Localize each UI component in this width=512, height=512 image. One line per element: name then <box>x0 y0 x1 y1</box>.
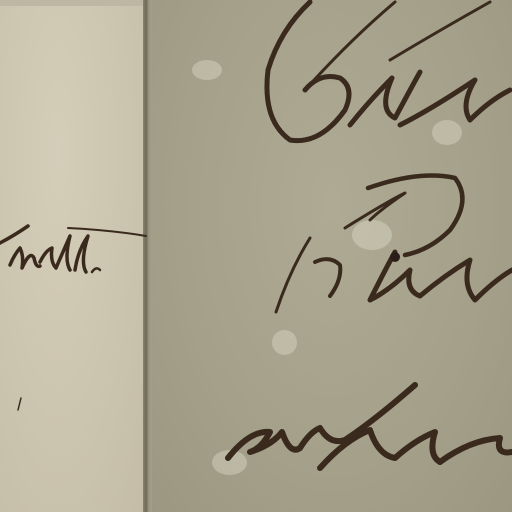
third-line-word <box>228 385 512 468</box>
left-handwriting <box>0 226 146 410</box>
capital-c-word <box>267 2 510 141</box>
capital-r-word <box>276 176 512 312</box>
handwriting-ink <box>0 0 512 512</box>
